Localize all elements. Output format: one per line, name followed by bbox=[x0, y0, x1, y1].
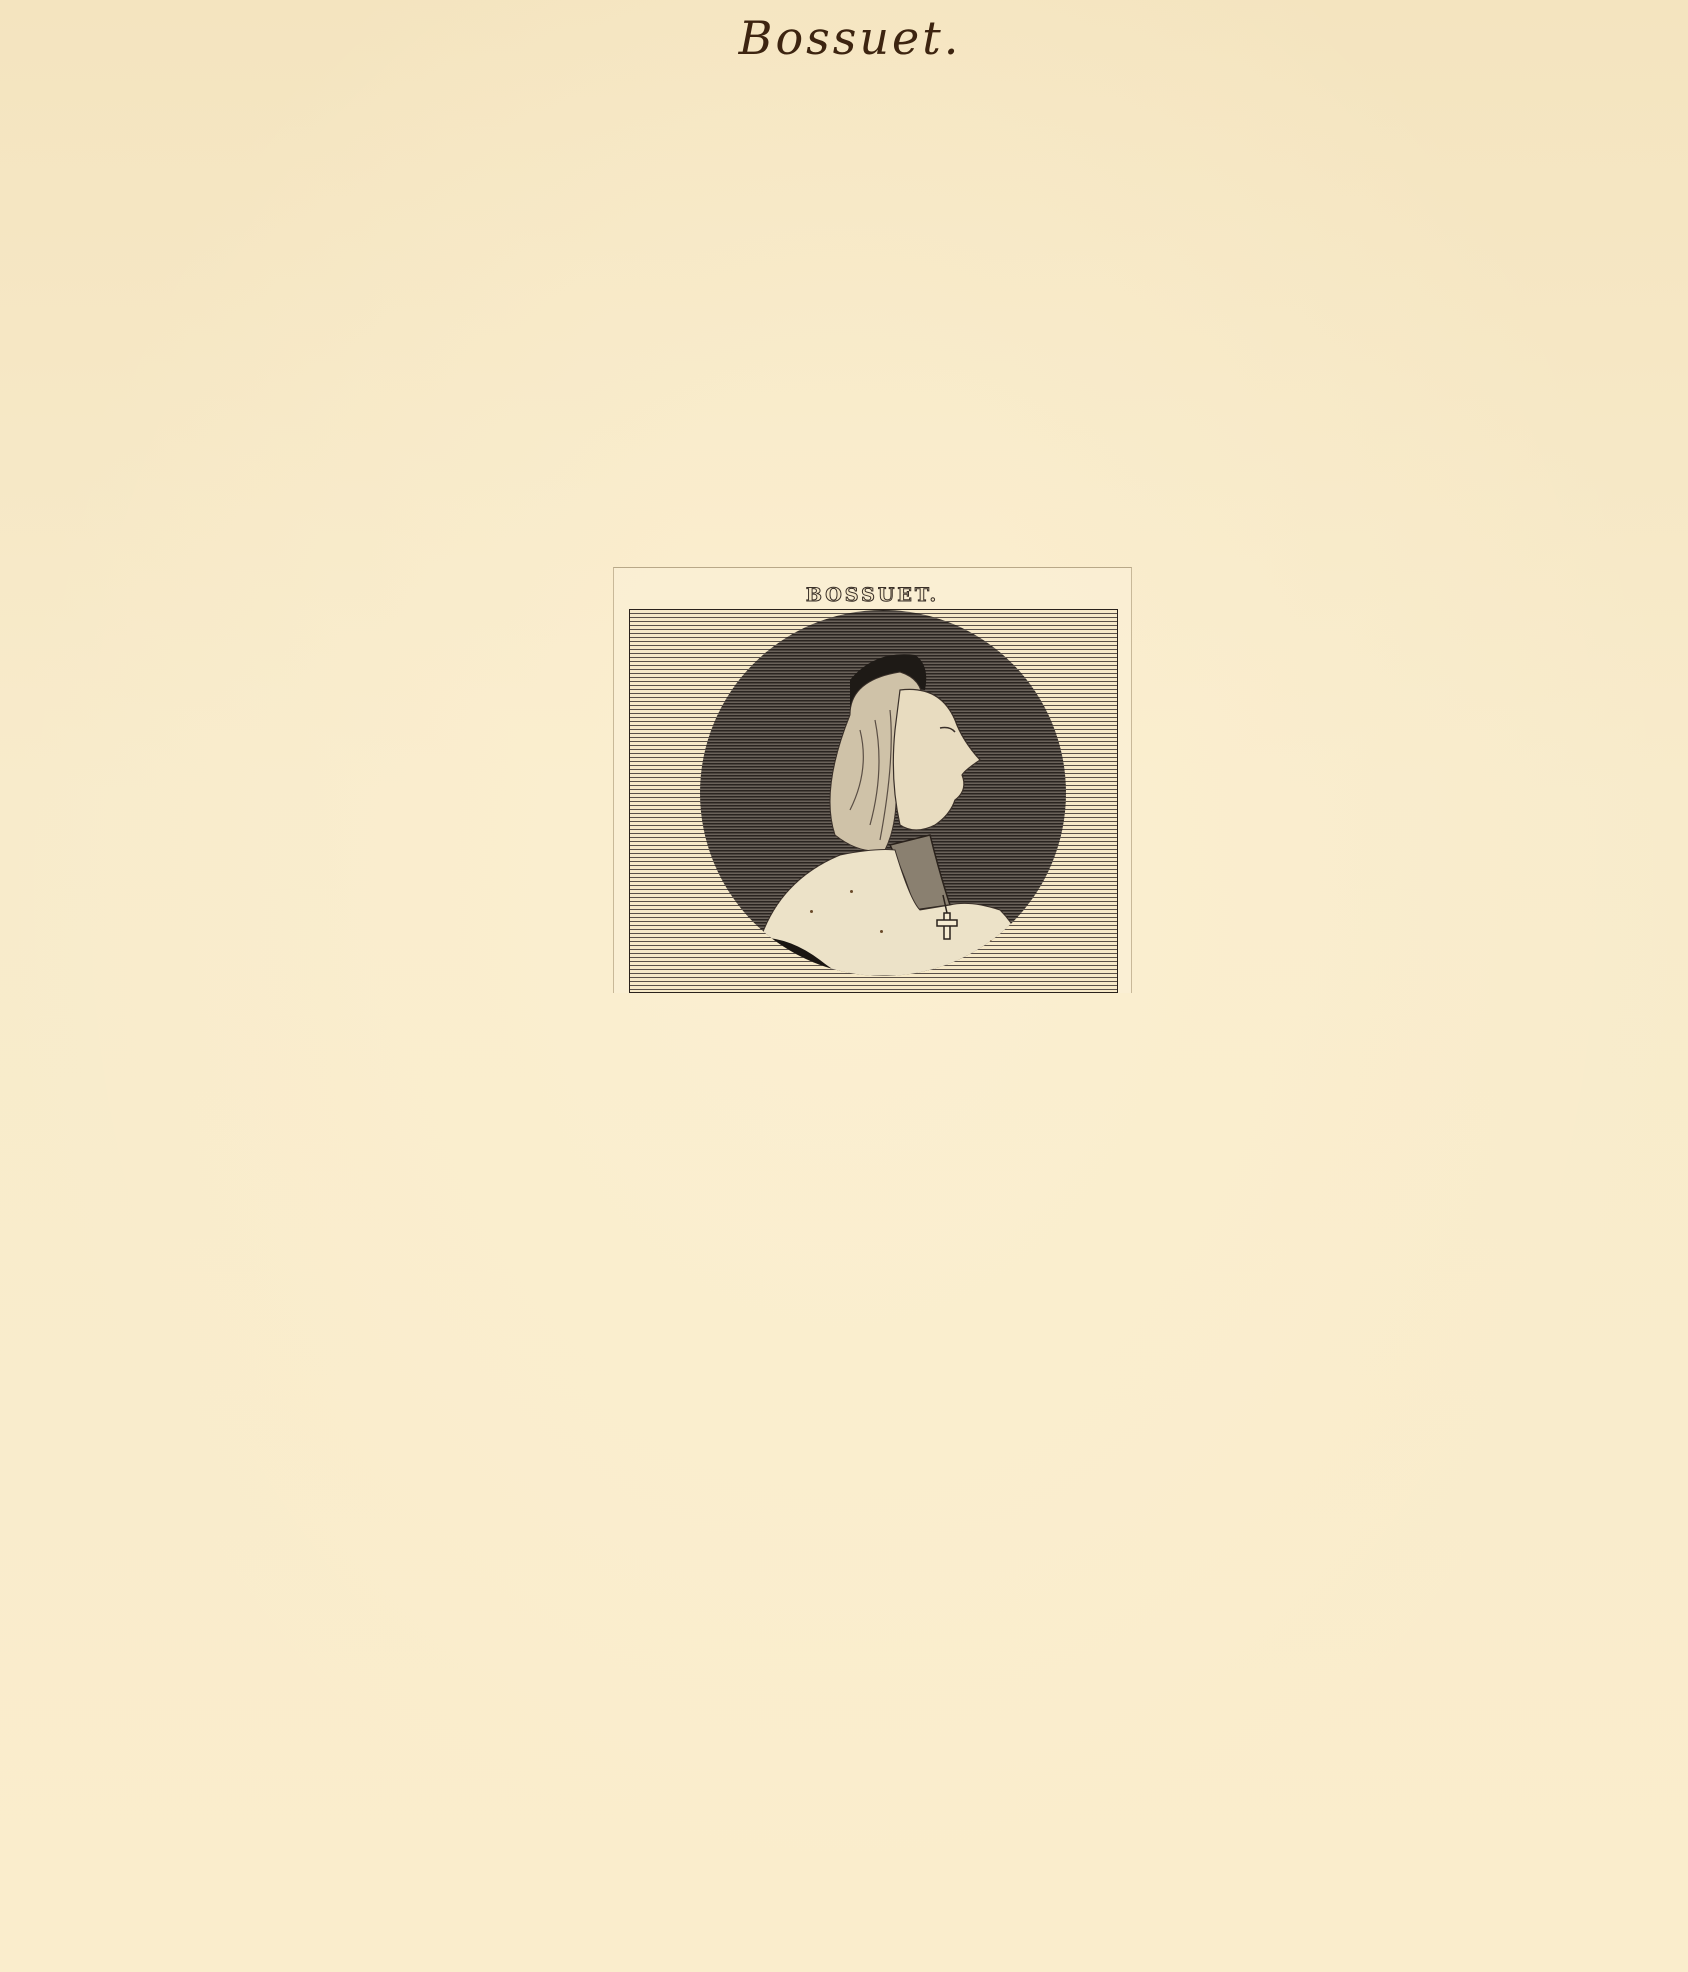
portrait-figure bbox=[700, 610, 1066, 976]
handwritten-caption: Bossuet. bbox=[700, 8, 1000, 68]
engraving-title: BOSSUET. bbox=[614, 584, 1131, 606]
face bbox=[893, 689, 980, 830]
engraving-plate: BOSSUET. bbox=[613, 567, 1132, 993]
ermine-spot bbox=[990, 940, 993, 943]
ermine-spot bbox=[810, 910, 813, 913]
hatched-frame bbox=[629, 609, 1118, 993]
ermine-spot bbox=[880, 930, 883, 933]
ermine-spot bbox=[850, 890, 853, 893]
portrait-medallion bbox=[700, 610, 1066, 976]
